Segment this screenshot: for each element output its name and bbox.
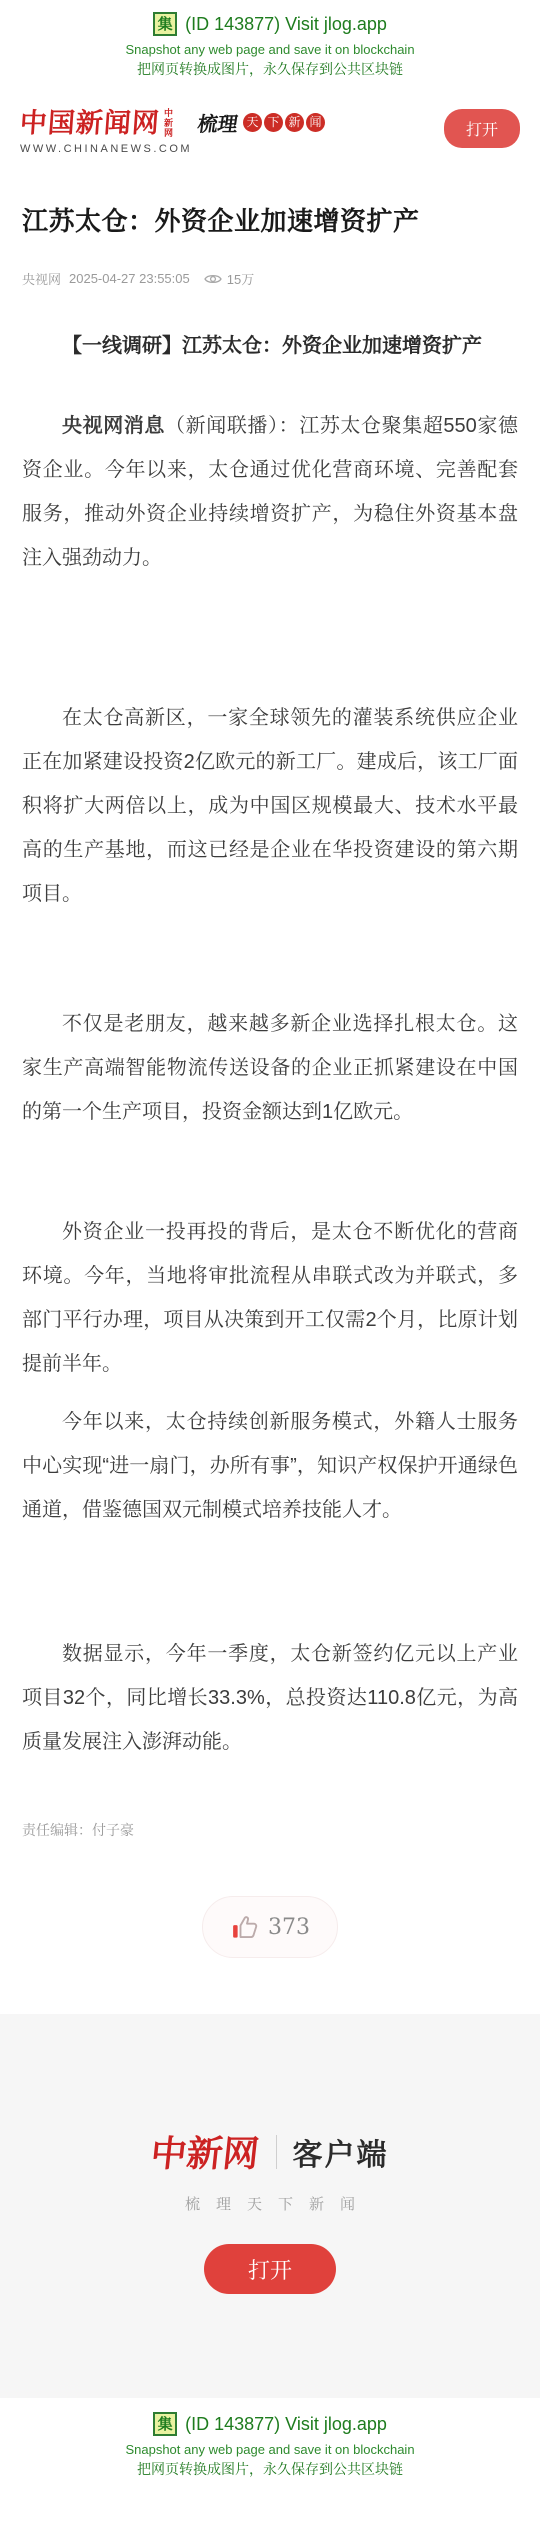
article-source: 央视网: [22, 269, 61, 288]
stamp-seal-icon: 天: [243, 113, 262, 132]
stamp-prefix-text: 梳理: [196, 108, 240, 137]
article: 江苏太仓：外资企业加速增资扩产 央视网 2025-04-27 23:55:05 …: [0, 203, 540, 1958]
article-lead: 【一线调研】江苏太仓：外资企业加速增资扩产: [22, 324, 518, 368]
like-button[interactable]: 373: [202, 1896, 338, 1958]
logo-divider: [276, 2135, 277, 2169]
jlog-subtitle-en: Snapshot any web page and save it on blo…: [0, 42, 540, 57]
article-datetime: 2025-04-27 23:55:05: [69, 271, 190, 286]
article-paragraph: 今年以来，太仓持续创新服务模式，外籍人士服务中心实现“进一扇门，办所有事”，知识…: [22, 1400, 518, 1532]
article-paragraph: 数据显示，今年一季度，太仓新签约亿元以上产业项目32个，同比增长33.3%，总投…: [22, 1632, 518, 1764]
editor-credit: 责任编辑：付子豪: [22, 1820, 518, 1840]
jlog-link-text: (ID 143877) Visit jlog.app: [185, 14, 387, 35]
slogan-stamp: 梳理 天 下 新 闻: [198, 108, 325, 137]
view-count: 15万: [227, 269, 254, 288]
jlog-banner-top: 集 (ID 143877) Visit jlog.app Snapshot an…: [0, 0, 540, 89]
thumbs-up-icon: [230, 1912, 260, 1942]
jlog-link[interactable]: 集 (ID 143877) Visit jlog.app: [153, 12, 387, 36]
jlog-subtitle-zh: 把网页转换成图片，永久保存到公共区块链: [0, 2459, 540, 2479]
article-meta: 央视网 2025-04-27 23:55:05 15万: [22, 269, 518, 288]
paragraph-bold-prefix: 央视网消息: [62, 415, 165, 437]
chinanews-logo-side: 中新网: [164, 108, 176, 138]
app-promo-footer: 中新网 客户端 梳理天下新闻 打开: [0, 2014, 540, 2398]
jlog-subtitle-en: Snapshot any web page and save it on blo…: [0, 2442, 540, 2457]
jlog-link-text: (ID 143877) Visit jlog.app: [185, 2414, 387, 2435]
ji-badge-icon: 集: [153, 12, 177, 36]
article-title: 江苏太仓：外资企业加速增资扩产: [22, 203, 518, 239]
ji-badge-icon: 集: [153, 2412, 177, 2436]
open-app-button-footer[interactable]: 打开: [204, 2244, 336, 2294]
app-slogan: 梳理天下新闻: [0, 2193, 540, 2214]
stamp-seal-icon: 新: [285, 113, 304, 132]
article-paragraph: 外资企业一投再投的背后，是太仓不断优化的营商环境。今年，当地将审批流程从串联式改…: [22, 1210, 518, 1386]
app-logo-brand: 中新网: [149, 2126, 262, 2177]
stamp-seal-icon: 闻: [306, 113, 325, 132]
jlog-banner-bottom: 集 (ID 143877) Visit jlog.app Snapshot an…: [0, 2398, 540, 2487]
article-paragraph: 在太仓高新区，一家全球领先的灌装系统供应企业正在加紧建设投资2亿欧元的新工厂。建…: [22, 696, 518, 916]
article-paragraph: 央视网消息（新闻联播）：江苏太仓聚集超550家德资企业。今年以来，太仓通过优化营…: [22, 404, 518, 580]
chinanews-logo-text: 中国新闻网: [19, 101, 162, 140]
app-logo: 中新网 客户端: [151, 2126, 388, 2177]
chinanews-logo[interactable]: 中国新闻网 中新网 WWW.CHINANEWS.COM: [20, 101, 192, 155]
jlog-link[interactable]: 集 (ID 143877) Visit jlog.app: [153, 2412, 387, 2436]
article-paragraph: 不仅是老朋友，越来越多新企业选择扎根太仓。这家生产高端智能物流传送设备的企业正抓…: [22, 1002, 518, 1134]
like-count: 373: [268, 1915, 310, 1940]
paragraph-text: （新闻联播）：江苏太仓聚集超550家德资企业。今年以来，太仓通过优化营商环境、完…: [22, 415, 518, 569]
jlog-subtitle-zh: 把网页转换成图片，永久保存到公共区块链: [0, 59, 540, 79]
open-app-button-header[interactable]: 打开: [444, 109, 520, 148]
eye-icon: [204, 272, 222, 286]
app-logo-client: 客户端: [293, 2130, 389, 2174]
site-header: 中国新闻网 中新网 WWW.CHINANEWS.COM 梳理 天 下 新 闻 打…: [0, 89, 540, 165]
chinanews-url: WWW.CHINANEWS.COM: [20, 143, 192, 155]
view-counter: 15万: [204, 269, 254, 288]
stamp-seal-icon: 下: [264, 113, 283, 132]
